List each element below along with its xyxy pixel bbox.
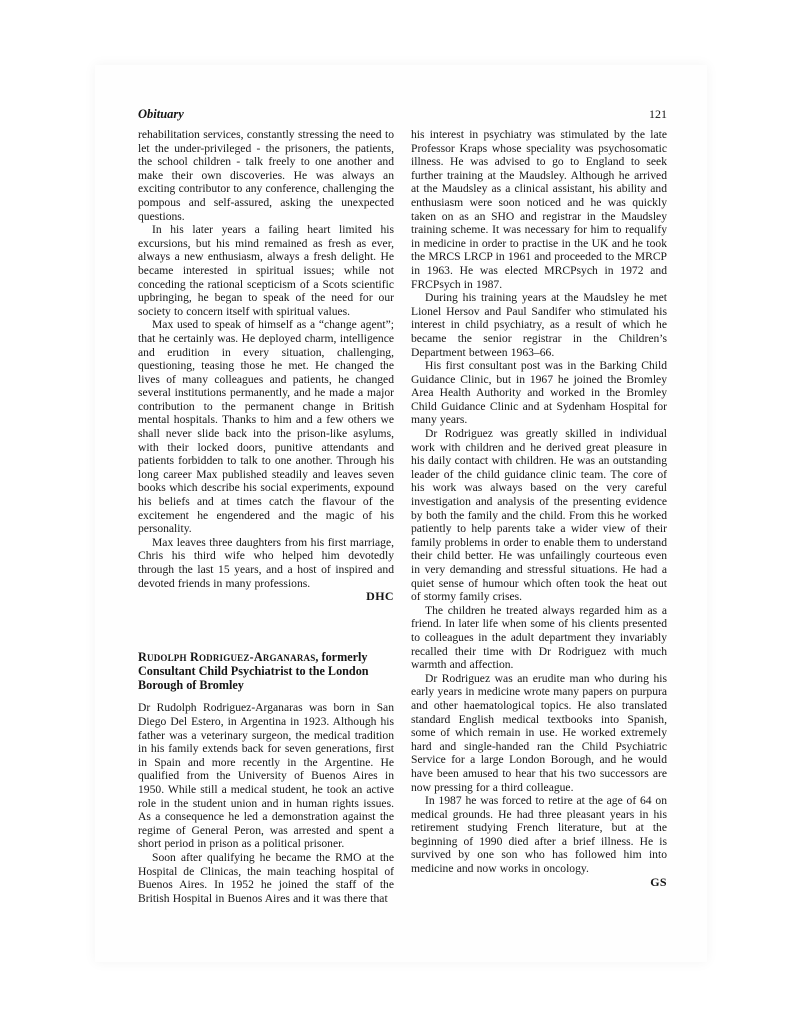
left-column: rehabilitation services, constantly stre…	[138, 128, 394, 905]
paragraph: his interest in psychiatry was stimulate…	[411, 128, 667, 291]
paragraph: Dr Rudolph Rodriguez-Arganaras was born …	[138, 701, 394, 851]
paragraph: Dr Rodriguez was greatly skilled in indi…	[411, 427, 667, 604]
paragraph: Max used to speak of himself as a “chang…	[138, 318, 394, 536]
author-initials: GS	[411, 876, 667, 890]
obituary-heading: Rudolph Rodriguez-Arganaras, formerly Co…	[138, 650, 394, 693]
two-column-text-body: rehabilitation services, constantly stre…	[138, 128, 667, 905]
paragraph: Soon after qualifying he became the RMO …	[138, 851, 394, 905]
paragraph: In his later years a failing heart limit…	[138, 223, 394, 318]
paragraph: Max leaves three daughters from his firs…	[138, 536, 394, 590]
page-number: 121	[649, 107, 667, 121]
paragraph: His first consultant post was in the Bar…	[411, 359, 667, 427]
paragraph: rehabilitation services, constantly stre…	[138, 128, 394, 223]
paragraph: Dr Rodriguez was an erudite man who duri…	[411, 672, 667, 794]
paragraph: In 1987 he was forced to retire at the a…	[411, 794, 667, 876]
running-header: Obituary 121	[138, 107, 667, 121]
right-column: his interest in psychiatry was stimulate…	[411, 128, 667, 905]
scanned-journal-page: Obituary 121 rehabilitation services, co…	[95, 65, 707, 962]
author-initials: DHC	[138, 590, 394, 604]
obituary-heading-name: Rudolph Rodriguez-Arganaras	[138, 650, 315, 664]
paragraph: The children he treated always regarded …	[411, 604, 667, 672]
paragraph: During his training years at the Maudsle…	[411, 291, 667, 359]
running-head-section-title: Obituary	[138, 107, 184, 121]
